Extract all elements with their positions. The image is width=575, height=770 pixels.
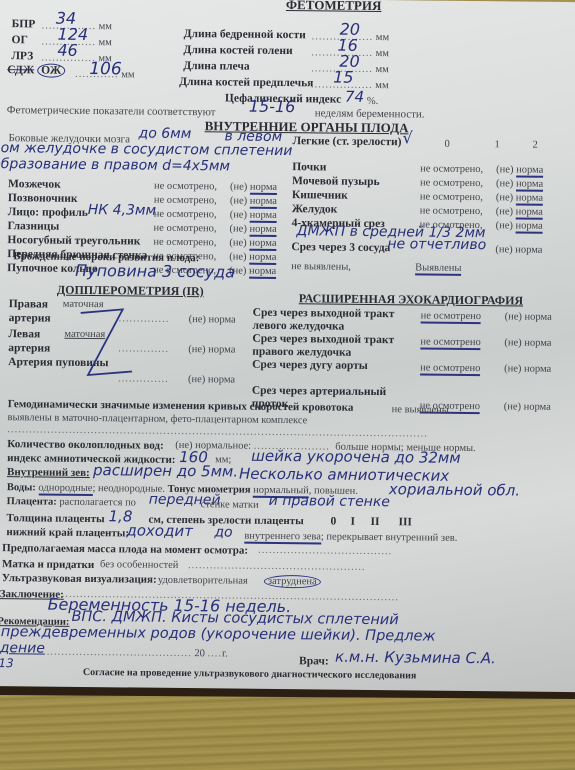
recommendations-handwritten-3: ждение [0,640,45,657]
lungs-scale-1: 1 [494,139,499,150]
amniotic-label: Количество околоплодных вод: [7,438,163,452]
organ-row-label: Кишечник [292,189,348,202]
three-vessels-norm: (не) норма [495,244,542,255]
three-vessels-handwritten: не отчетливо [387,236,486,253]
defects-not-found: не выявлены, [291,261,351,273]
echo-row-norm: (не) норма [504,363,551,374]
organ-row-label: Лицо: профиль [8,206,88,219]
maturity-1: I [350,516,355,528]
echo-row-label-1: Срез через артериальный [252,385,386,398]
uterus-dots: ........................................… [188,560,366,573]
fetometry-title: ФЕТОМЕТРИЯ [286,0,382,14]
echo-row-not-examined: не осмотрено [420,362,480,376]
handwritten-line-2: образование в правом d=4х5мм [0,156,230,174]
internal-os-label: Внутренний зев: [7,466,90,479]
three-vessels-label: Срез через 3 сосуда [291,241,390,254]
organ-row-label: Мозжечок [8,178,61,191]
placenta-lower-edge-text: внутреннего зева; перекрывает внутренний… [244,531,457,544]
echo-row-norm: (не) норма [504,337,551,348]
bpr-label: БПР [12,18,36,30]
right-uterine-label-1: Правая [9,298,48,310]
ozh-label: СДЖ ОЖ [7,64,65,77]
forearm-label: Длина костей предплечья [179,76,313,89]
organ-row-norm: (не) норма [230,181,277,192]
recommendations-handwritten-2: а преждевременных родов (укорочение шейк… [0,624,436,645]
organ-row-label: Желудок [292,203,338,215]
tibia-label: Длина костей голени [183,44,292,57]
organ-row-label: Мочевой пузырь [292,175,380,188]
placenta-location-handwritten-2: и правой стенке [269,493,390,510]
doppler-title: ДОППЛЕРОМЕТРИЯ (IR) [57,283,204,300]
echo-row-label-2: левого желудочка [252,320,344,333]
right-uterine-label-3: артерия [9,312,51,324]
organ-row-label: Глазницы [8,220,60,233]
organ-row-label: Носогубный треугольник [7,234,140,247]
handwritten-z-mark [70,303,151,384]
defects-found: Выявлены [415,262,461,275]
internal-os-handwritten: расширен до 5мм. [93,461,238,481]
echo-row-norm: (не) норма [504,401,551,412]
lungs-scale-0: 0 [444,139,449,150]
organ-row-norm: (не) норма [229,265,276,276]
echo-row-not-examined: не осмотрено [420,336,480,350]
organ-row-norm: (не) норма [496,178,543,189]
organ-row-norm: (не) норма [496,164,543,175]
lungs-scale-2: 2 [532,140,537,151]
maturity-0: 0 [330,516,336,528]
organ-row-not-examined: не осмотрено, [154,209,217,221]
organ-row-not-examined: не осмотрено, [420,205,483,217]
organ-row-not-examined: не осмотрено, [420,191,483,203]
organ-row-norm: (не) норма [496,220,543,231]
date-handwritten: 9.13 [0,656,14,670]
echo-row-label-2: правого желудочка [252,346,351,359]
doctor-label: Врач: [299,655,329,667]
placenta-lower-edge-handwritten: доходит [126,521,193,540]
organ-row-norm: (не) норма [229,251,276,262]
organ-row-handwritten: НК 4,3мм [88,202,156,219]
organ-row-label: Почки [292,161,326,173]
fetal-mass-dots: ..................................... [258,545,392,557]
humerus-label: Длина плеча [183,60,249,73]
organ-row-norm: (не) норма [496,206,543,217]
uterus-value: без особенностей [100,559,178,571]
hemodynamics-dots: ........................................… [7,424,428,439]
cervix-handwritten: шейка укорочена до 32мм [251,447,461,467]
organ-row-norm: (не) норма [230,195,277,206]
organ-row-not-examined: не осмотрено, [154,195,217,207]
fetometry-correspondence-suffix: неделям беременности. [315,107,425,120]
left-uterine-norm: (не) норма [188,344,235,355]
echo-title: РАСШИРЕННАЯ ЭХОКАРДИОГРАФИЯ [299,291,523,308]
fetal-mass-label: Предполагаемая масса плода на момент осм… [2,542,248,557]
echo-row-label-1: Срез через выходной тракт [252,333,394,346]
visualization-label: Ультразвуковая визуализация: [2,572,157,586]
og-label: ОГ [11,34,27,46]
visualization-ok: удовлетворительная [158,575,248,587]
hemodynamics-not-found: не выявлены [392,404,449,416]
ventricles-handwritten: до 6мм [138,126,191,143]
placenta-lower-edge-handwritten-2: до [214,524,232,540]
right-uterine-norm: (не) норма [189,314,236,325]
echo-row-norm: (не) норма [505,311,552,322]
maturity-3: III [398,516,412,528]
organ-row-label: Позвоночник [8,192,78,205]
organ-row-not-examined: не осмотрено, [153,237,216,249]
cephalic-index-value: 74 [345,88,364,106]
cephalic-index-unit: %. [367,96,378,107]
maturity-2: II [370,516,379,528]
fetometry-correspondence-value: 15-16 [249,97,296,116]
consent-footer: Согласие на проведение ультразвукового д… [83,667,417,681]
organ-row-norm: (не) норма [230,223,277,234]
lrz-label: ЛРЗ [11,50,33,62]
left-uterine-label-3: артерия [8,342,50,354]
date-field: ........................................… [43,647,228,660]
femur-label: Длина бедренной кости [184,28,306,41]
ultrasound-report-sheet: ФЕТОМЕТРИЯ БПР 34 ............... мм ОГ … [0,0,575,692]
organ-row-norm: (не) норма [230,209,277,220]
placenta-lower-edge-label: нижний край плаценты: [6,526,129,539]
organ-row-not-examined: не осмотрено, [420,177,483,189]
hemodynamics-label: Гемодинамически значимые изменения кривы… [8,398,354,414]
organ-row-norm: (не) норма [496,192,543,203]
chorion-handwritten: хориальной обл. [389,480,520,499]
fetometry-correspondence-label: Фетометрические показатели соответствуют [7,104,216,118]
echo-row-not-examined: не осмотрено [421,310,481,324]
defects-handwritten: Пуповина 3 сосуда [75,261,235,282]
umbilical-norm: (не) норма [188,374,235,385]
organ-row-not-examined: не осмотрено, [154,181,217,193]
doctor-handwritten: к.м.н. Кузьмина С.А. [335,648,496,668]
placenta-location-text2: стенке матки [201,499,259,511]
echo-row-label-1: Срез через дугу аорты [252,359,368,372]
lungs-label: Легкие (ст. зрелости) [292,135,401,148]
left-uterine-label-1: Левая [8,328,40,340]
organ-row-not-examined: не осмотрено, [154,223,217,235]
ozh-dots: ............ мм [75,69,135,81]
placenta-thickness-label: Толщина плаценты [6,512,104,525]
visualization-hard-circled: затруднена [264,575,321,589]
organ-row-norm: (не) норма [229,237,276,248]
uterus-label: Матка и придатки [2,558,94,571]
lungs-checkmark: √ [402,128,412,147]
echo-row-label-1: Срез через выходной тракт [253,307,395,320]
organ-row-not-examined: не осмотрено, [420,163,483,175]
